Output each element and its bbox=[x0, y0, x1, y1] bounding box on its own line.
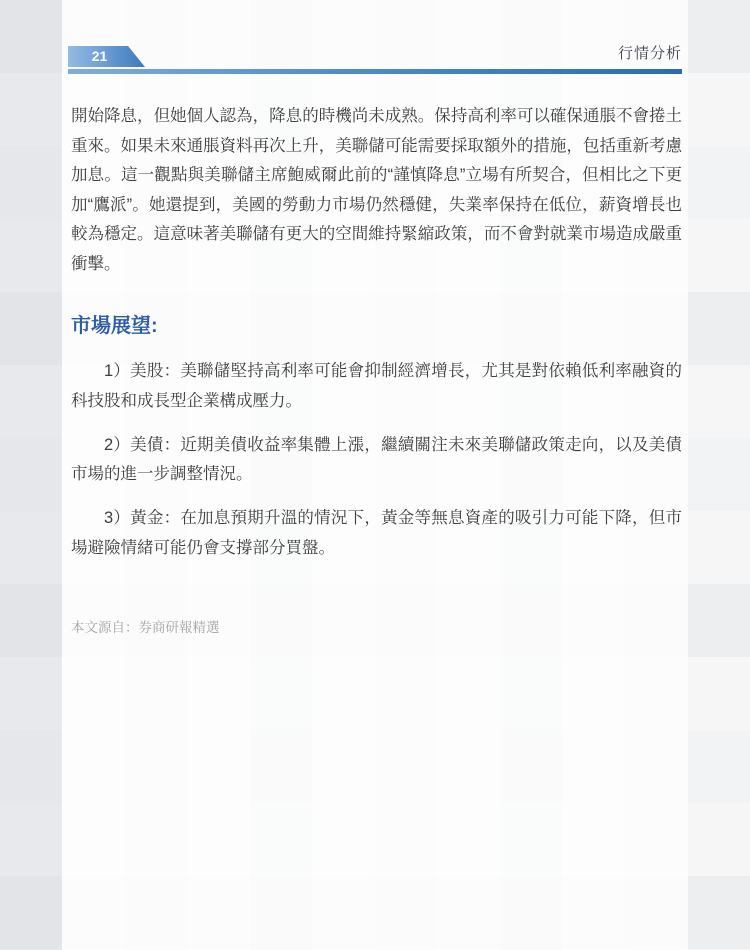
outlook-point-stocks: 1）美股：美聯儲堅持高利率可能會抑制經濟增長，尤其是對依賴低利率融資的科技股和成… bbox=[71, 357, 682, 416]
market-outlook-heading: 市場展望: bbox=[71, 315, 682, 337]
outlook-point-bonds: 2）美債：近期美債收益率集體上漲，繼續關注未來美聯儲政策走向，以及美債市場的進一… bbox=[71, 431, 682, 490]
intro-paragraph: 開始降息，但她個人認為，降息的時機尚未成熟。保持高利率可以確保通脹不會捲土重來。… bbox=[71, 102, 682, 279]
page-content: 開始降息，但她個人認為，降息的時機尚未成熟。保持高利率可以確保通脹不會捲土重來。… bbox=[62, 74, 688, 637]
page-background: 21 行情分析 開始降息，但她個人認為，降息的時機尚未成熟。保持高利率可以確保通… bbox=[0, 0, 750, 950]
page-header: 21 行情分析 bbox=[62, 0, 688, 74]
page-number-badge: 21 bbox=[68, 46, 145, 67]
document-page: 21 行情分析 開始降息，但她個人認為，降息的時機尚未成熟。保持高利率可以確保通… bbox=[62, 0, 688, 950]
header-rule bbox=[68, 69, 682, 74]
outlook-point-gold: 3）黃金：在加息預期升溫的情況下，黃金等無息資產的吸引力可能下降，但市場避險情緒… bbox=[71, 504, 682, 563]
source-note: 本文源自：券商研報精選 bbox=[71, 619, 682, 637]
header-section-title: 行情分析 bbox=[618, 42, 682, 63]
